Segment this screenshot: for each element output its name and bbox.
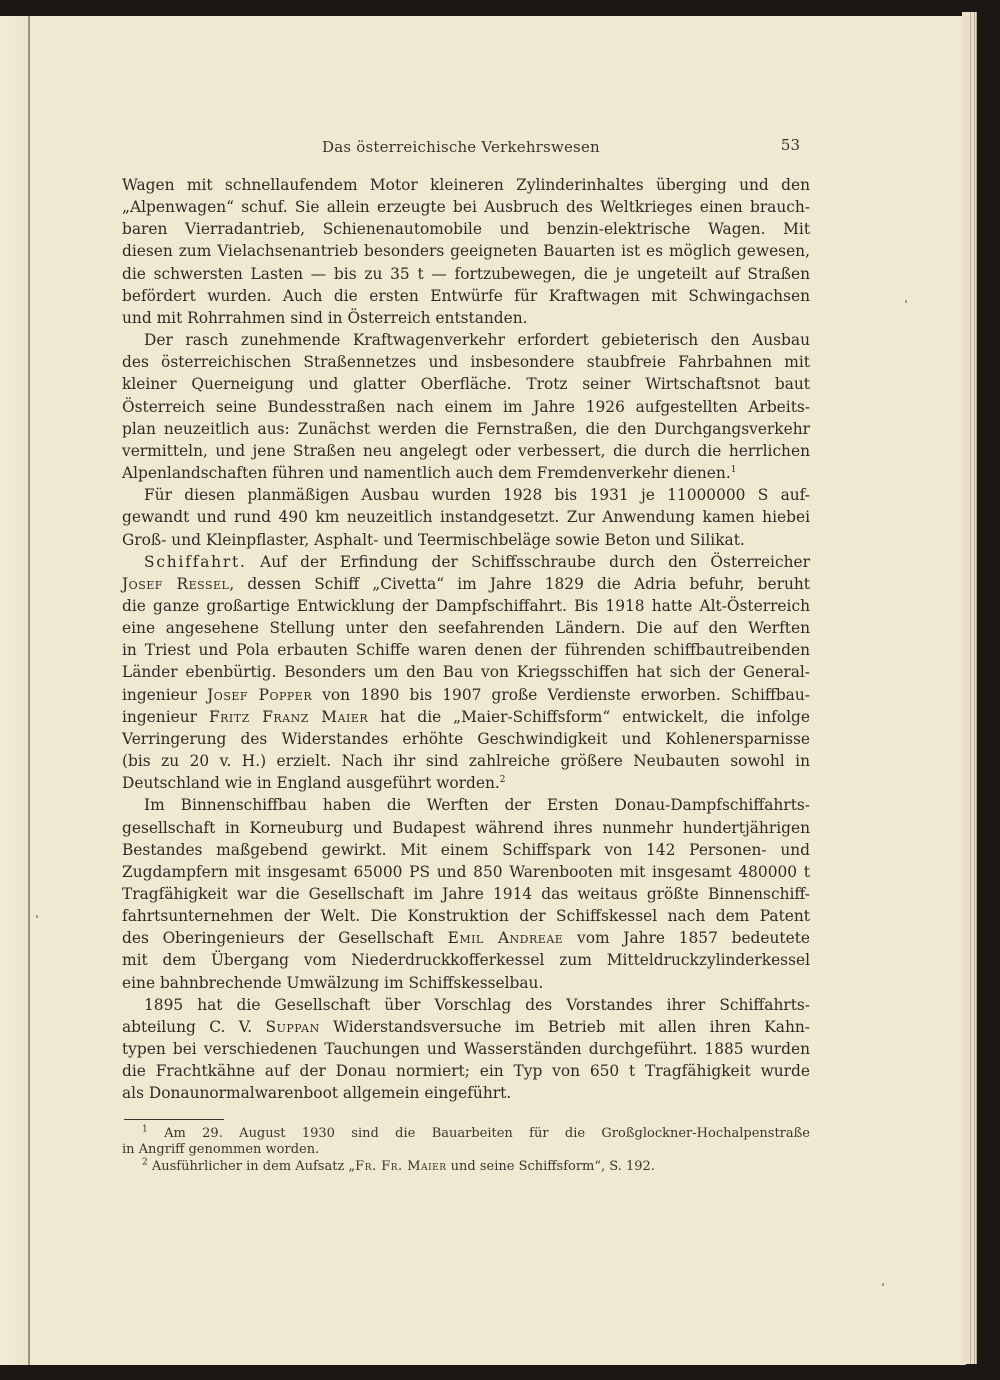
text-line: und mit Rohrrahmen sind in Österreich en…: [122, 307, 810, 329]
paper-speck: [905, 300, 907, 303]
running-head: Das österreichische Verkehrswesen 53: [122, 130, 810, 162]
text-line: des österreichischen Straßennetzes und i…: [122, 351, 810, 373]
footnote-marker: 1: [142, 1124, 148, 1134]
text-line: befördert wurden. Auch die ersten Entwür…: [122, 285, 810, 307]
footnote-text: Ausführlicher in dem Aufsatz „: [152, 1159, 355, 1174]
footnotes: 1 Am 29. August 1930 sind die Bauarbeite…: [122, 1126, 810, 1176]
text-line: Bestandes maßgebend gewirkt. Mit einem S…: [122, 839, 810, 861]
paragraph: Wagen mit schnellaufendem Motor kleinere…: [122, 174, 810, 329]
text-line: als Donaunormalwarenboot allgemein einge…: [122, 1082, 810, 1104]
text-line: des Oberingenieurs der Gesellschaft Emil…: [122, 927, 810, 949]
text-line: abteilung C. V. Suppan Widerstandsversuc…: [122, 1016, 810, 1038]
person-name: Suppan: [266, 1018, 320, 1036]
text-fragment: Deutschland wie in England ausgeführt wo…: [122, 774, 500, 792]
footnote-line: 2 Ausführlicher in dem Aufsatz „Fr. Fr. …: [122, 1159, 810, 1176]
text-line: die Frachtkähne auf der Donau normiert; …: [122, 1060, 810, 1082]
text-line: ingenieur Fritz Franz Maier hat die „Mai…: [122, 706, 810, 728]
text-line: die schwersten Lasten — bis zu 35 t — fo…: [122, 263, 810, 285]
footnote-divider: [124, 1119, 224, 1120]
text-line: ingenieur Josef Popper von 1890 bis 1907…: [122, 684, 810, 706]
text-line: fahrtsunternehmen der Welt. Die Konstruk…: [122, 905, 810, 927]
section-heading: Schiffahrt.: [144, 553, 247, 571]
text-line: Zugdampfern mit insgesamt 65000 PS und 8…: [122, 861, 810, 883]
paragraph: 1895 hat die Gesellschaft über Vorschlag…: [122, 994, 810, 1105]
person-name: Josef Popper: [207, 686, 312, 704]
footnote-line: 1 Am 29. August 1930 sind die Bauarbeite…: [122, 1126, 810, 1143]
footnote-ref[interactable]: 1: [731, 465, 737, 475]
text-fragment: hat die „Maier-Schiffsform“ entwickelt, …: [380, 708, 810, 726]
text-line: Im Binnenschiffbau haben die Werften der…: [122, 794, 810, 816]
footnote-text: und seine Schiffsform“, S. 192.: [451, 1159, 655, 1174]
text-fragment: von 1890 bis 1907 große Verdienste erwor…: [322, 686, 810, 704]
running-head-title: Das österreichische Verkehrswesen: [322, 138, 600, 156]
footnote-ref[interactable]: 2: [500, 775, 506, 785]
text-line: die ganze großartige Entwicklung der Dam…: [122, 595, 810, 617]
page-number: 53: [781, 136, 800, 154]
paragraph-schiffahrt: Schiffahrt. Auf der Erfindung der Schiff…: [122, 551, 810, 795]
text-fragment: Alpenlandschaften führen und namentlich …: [122, 464, 731, 482]
body-text: Wagen mit schnellaufendem Motor kleinere…: [122, 174, 810, 1105]
text-line: Schiffahrt. Auf der Erfindung der Schiff…: [122, 551, 810, 573]
text-line: baren Vierradantrieb, Schienenautomobile…: [122, 218, 810, 240]
text-fragment: abteilung C. V.: [122, 1018, 252, 1036]
text-line: plan neuzeitlich aus: Zunächst werden di…: [122, 418, 810, 440]
text-line: 1895 hat die Gesellschaft über Vorschlag…: [122, 994, 810, 1016]
text-line: in Triest und Pola erbauten Schiffe ware…: [122, 639, 810, 661]
text-fragment: , dessen Schiff „Civetta“ im Jahre 1829 …: [229, 575, 810, 593]
text-line: (bis zu 20 v. H.) erzielt. Nach ihr sind…: [122, 750, 810, 772]
text-line: Der rasch zunehmende Kraftwagenverkehr e…: [122, 329, 810, 351]
text-line: gewandt und rund 490 km neuzeitlich inst…: [122, 506, 810, 528]
text-line: diesen zum Vielachsenantrieb besonders g…: [122, 240, 810, 262]
text-line: Alpenlandschaften führen und namentlich …: [122, 462, 810, 484]
footnote-1: 1 Am 29. August 1930 sind die Bauarbeite…: [122, 1126, 810, 1159]
text-line: Österreich seine Bundesstraßen nach eine…: [122, 396, 810, 418]
footnote-2: 2 Ausführlicher in dem Aufsatz „Fr. Fr. …: [122, 1159, 810, 1176]
text-fragment: Widerstandsversuche im Betrieb mit allen…: [333, 1018, 810, 1036]
paragraph: Im Binnenschiffbau haben die Werften der…: [122, 794, 810, 993]
footnote-line: in Angriff genommen worden.: [122, 1142, 810, 1159]
text-line: eine angesehene Stellung unter den seefa…: [122, 617, 810, 639]
text-line: Länder ebenbürtig. Besonders um den Bau …: [122, 661, 810, 683]
paragraph: Der rasch zunehmende Kraftwagenverkehr e…: [122, 329, 810, 484]
text-fragment: Auf der Erfindung der Schiffsschraube du…: [260, 553, 810, 571]
text-line: vermitteln, und jene Straßen neu angeleg…: [122, 440, 810, 462]
text-line: Deutschland wie in England ausgeführt wo…: [122, 772, 810, 794]
paper-speck: [36, 915, 38, 918]
page-content: Das österreichische Verkehrswesen 53 Wag…: [122, 130, 810, 1175]
text-line: typen bei verschiedenen Tauchungen und W…: [122, 1038, 810, 1060]
text-line: eine bahnbrechende Umwälzung im Schiffsk…: [122, 972, 810, 994]
text-line: Groß- und Kleinpflaster, Asphalt- und Te…: [122, 529, 810, 551]
text-line: „Alpenwagen“ schuf. Sie allein erzeugte …: [122, 196, 810, 218]
paragraph: Für diesen planmäßigen Ausbau wurden 192…: [122, 484, 810, 550]
person-name: Josef Ressel: [122, 575, 229, 593]
text-line: Verringerung des Widerstandes erhöhte Ge…: [122, 728, 810, 750]
paper-speck: [882, 1283, 884, 1286]
text-line: Für diesen planmäßigen Ausbau wurden 192…: [122, 484, 810, 506]
text-fragment: ingenieur: [122, 708, 197, 726]
person-name: Emil Andreae: [448, 929, 564, 947]
footnote-text: Am 29. August 1930 sind die Bauarbeiten …: [164, 1126, 810, 1141]
text-fragment: des Oberingenieurs der Gesellschaft: [122, 929, 434, 947]
page-edge-stack: [962, 12, 971, 1364]
text-line: mit dem Übergang vom Niederdruckkofferke…: [122, 949, 810, 971]
text-fragment: vom Jahre 1857 bedeutete: [577, 929, 810, 947]
left-gutter: [0, 16, 28, 1365]
person-name: Fr. Fr. Maier: [355, 1159, 446, 1174]
person-name: Fritz Franz Maier: [209, 708, 368, 726]
text-line: Tragfähigkeit war die Gesellschaft im Ja…: [122, 883, 810, 905]
text-line: kleiner Querneigung und glatter Oberfläc…: [122, 373, 810, 395]
footnote-marker: 2: [142, 1157, 148, 1167]
text-line: Josef Ressel, dessen Schiff „Civetta“ im…: [122, 573, 810, 595]
text-line: Wagen mit schnellaufendem Motor kleinere…: [122, 174, 810, 196]
text-line: gesellschaft in Korneuburg und Budapest …: [122, 817, 810, 839]
binding-line: [28, 16, 30, 1365]
text-fragment: ingenieur: [122, 686, 197, 704]
